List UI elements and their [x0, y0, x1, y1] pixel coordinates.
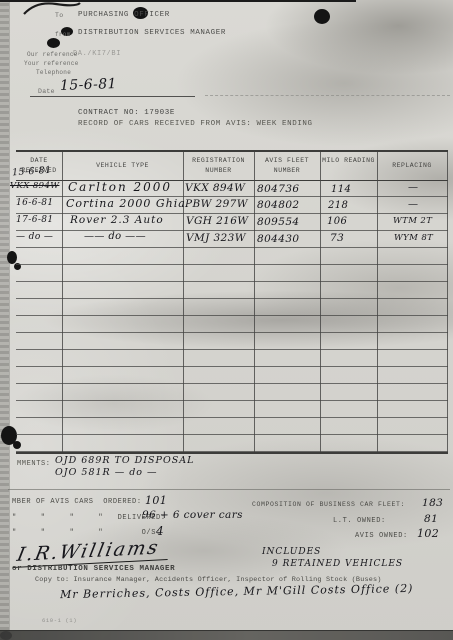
cell-registration: PBW 297W	[185, 198, 248, 210]
section-divider	[8, 489, 450, 490]
cars-received-table: DATE RECEIVED VEHICLE TYPE REGISTRATION …	[16, 150, 448, 454]
col-header-fleet: AVIS FLEET NUMBER	[254, 156, 320, 176]
table-row-empty	[16, 401, 448, 418]
cell-date: 16-6-81	[16, 198, 54, 208]
includes-note-line1: INCLUDES	[262, 547, 321, 557]
contract-number-line: CONTRACT NO: 17903E	[78, 109, 175, 117]
avis-owned-value: 102	[417, 527, 439, 540]
cell-date-struck: VKX 894W	[10, 181, 59, 191]
page-left-edge-shadow	[0, 0, 10, 640]
cell-replacing: —	[408, 182, 418, 193]
cell-mileage: 106	[327, 216, 347, 227]
comments-line2: OJO 581R — do —	[55, 467, 158, 478]
table-row-empty	[16, 384, 448, 401]
telephone-label: Telephone	[36, 69, 71, 76]
table-row-empty	[16, 367, 448, 384]
cell-fleet: 804736	[257, 183, 299, 195]
cell-vehicle: Rover 2.3 Auto	[70, 214, 164, 226]
cell-date: — do —	[16, 232, 53, 242]
date-label: Date	[38, 88, 55, 95]
cell-mileage: 218	[328, 200, 348, 211]
cell-mileage: 73	[330, 232, 344, 244]
fleet-composition-label: COMPOSITION OF BUSINESS CAR FLEET:	[252, 501, 405, 508]
delivered-value: 96 + 6 cover cars	[142, 509, 243, 521]
cell-registration: VKX 894W	[185, 182, 245, 194]
ordered-value: 101	[145, 494, 167, 507]
date-rule-right	[205, 95, 450, 96]
form-number: 610-1 (1)	[42, 617, 77, 624]
cell-date: 17-6-81	[16, 215, 54, 225]
cell-registration: VMJ 323W	[186, 232, 246, 244]
date-value: 15-6-81	[60, 76, 117, 94]
hole-punch	[314, 9, 330, 24]
avis-owned-label: AVIS OWNED:	[355, 532, 408, 540]
cell-replacing: WYM 8T	[394, 233, 433, 243]
column-line	[254, 152, 255, 452]
table-row-empty	[16, 435, 448, 452]
lt-owned-value: 81	[424, 513, 438, 525]
table-row-empty	[16, 299, 448, 316]
comments-label: MMENTS:	[17, 460, 51, 468]
table-row-empty	[16, 418, 448, 435]
col-header-registration: REGISTRATION NUMBER	[183, 156, 254, 176]
date-underline	[30, 96, 195, 97]
pen-stroke-topleft	[22, 0, 82, 16]
ordered-label: MBER OF AVIS CARS ORDERED:	[12, 498, 142, 506]
your-reference-label: Your reference	[24, 60, 79, 67]
cell-registration: VGH 216W	[186, 215, 249, 227]
table-row-empty	[16, 333, 448, 350]
column-line	[320, 152, 321, 452]
signature-title: or DISTRIBUTION SERVICES MANAGER	[12, 565, 175, 573]
from-label: from	[55, 31, 71, 38]
cell-fleet: 809554	[257, 216, 299, 228]
to-label: To	[55, 12, 63, 19]
outstanding-label: " " " " O/S:	[12, 529, 161, 537]
record-subject-line: RECORD OF CARS RECEIVED FROM AVIS: WEEK …	[78, 120, 313, 128]
table-row-empty	[16, 350, 448, 367]
cell-fleet: 804802	[257, 199, 299, 211]
our-reference-value: DA./KI7/BI	[73, 50, 121, 58]
comments-line1: OJD 689R TO DISPOSAL	[55, 455, 194, 466]
col-header-replacing: REPLACING	[377, 156, 447, 171]
lt-owned-label: L.T. OWNED:	[333, 517, 386, 525]
cell-replacing: —	[408, 199, 418, 210]
ink-blob	[47, 38, 60, 48]
our-reference-label: Our reference	[27, 51, 78, 58]
col-header-vehicle: VEHICLE TYPE	[62, 156, 183, 171]
table-row-empty	[16, 265, 448, 282]
from-value: DISTRIBUTION SERVICES MANAGER	[78, 29, 226, 37]
column-line	[62, 152, 63, 452]
table-row-empty	[16, 316, 448, 333]
copy-to-handwritten: Mr Berriches, Costs Office, Mr M'Gill Co…	[60, 582, 414, 601]
signature: I.R.Williams	[13, 536, 172, 568]
cell-fleet: 804430	[257, 233, 299, 245]
fleet-composition-value: 183	[422, 497, 443, 509]
table-right-border	[447, 152, 448, 452]
cell-replacing: WTM 2T	[393, 216, 432, 226]
cell-mileage: 114	[331, 184, 351, 195]
column-line	[377, 152, 378, 452]
cell-date: 15-6-81	[12, 165, 52, 179]
col-header-mileage: MILO READING	[320, 156, 377, 166]
table-row-empty	[16, 282, 448, 299]
table-row-empty	[16, 248, 448, 265]
scanned-memo-page: To PURCHASING OFFICER from DISTRIBUTION …	[0, 0, 453, 640]
to-value: PURCHASING OFFICER	[78, 11, 170, 19]
cell-vehicle: Cortina 2000 Ghia	[66, 197, 186, 210]
cell-vehicle: —— do ——	[84, 231, 146, 242]
cell-vehicle: Carlton 2000	[68, 180, 172, 194]
scan-bottom-edge	[0, 630, 453, 640]
includes-note-line2: 9 RETAINED VEHICLES	[272, 559, 403, 569]
